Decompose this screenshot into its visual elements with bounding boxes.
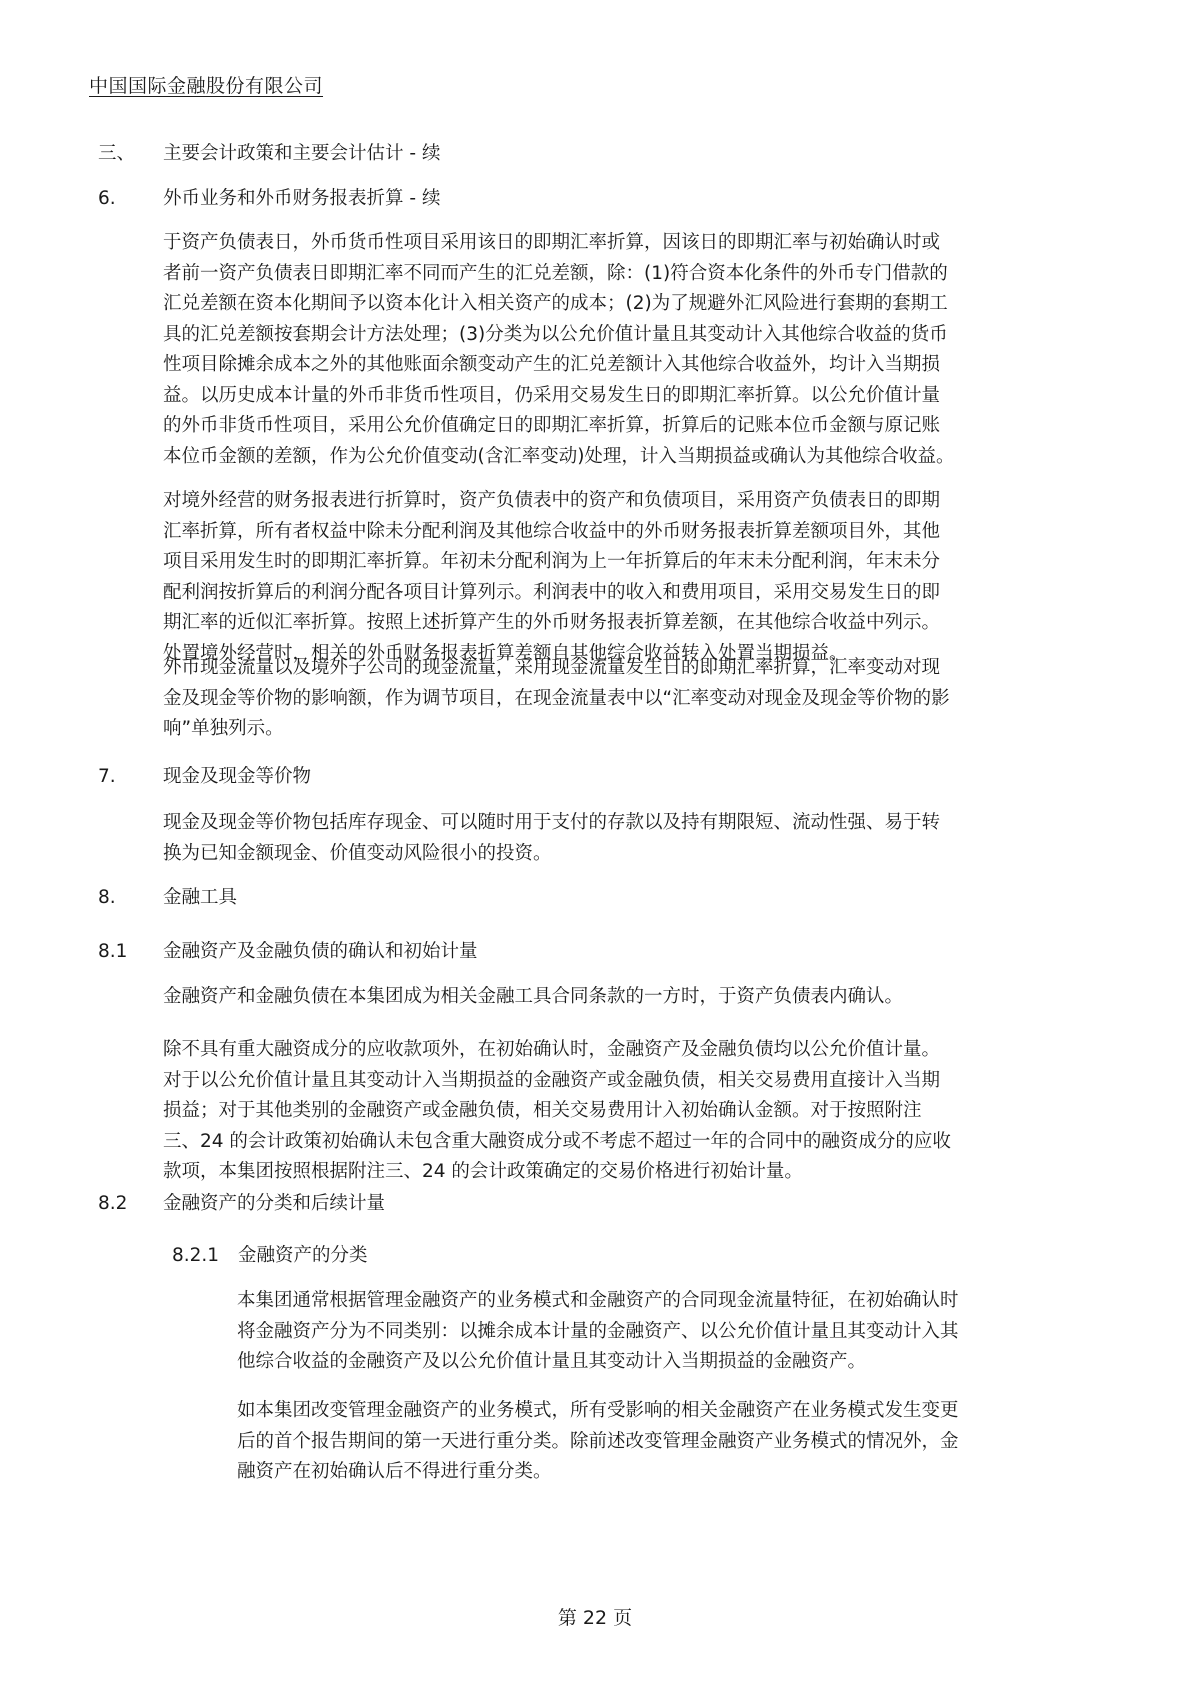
text-line: 汇率折算，所有者权益中除未分配利润及其他综合收益中的外币财务报表折算差额项目外，… xyxy=(163,517,940,548)
section-number: 8.2.1 xyxy=(172,1244,219,1268)
paragraph-classification: 本集团通常根据管理金融资产的业务模式和金融资产的合同现金流量特征，在初始确认时 … xyxy=(237,1286,959,1378)
text-line: 将金融资产分为不同类别：以摊余成本计量的金融资产、以公允价值计量且其变动计入其 xyxy=(237,1317,959,1348)
section-heading-3: 三、 主要会计政策和主要会计估计 - 续 xyxy=(0,142,1190,166)
paragraph-cash-equivalents: 现金及现金等价物包括库存现金、可以随时用于支付的存款以及持有期限短、流动性强、易… xyxy=(163,808,940,869)
paragraph-foreign-operations: 对境外经营的财务报表进行折算时，资产负债表中的资产和负债项目，采用资产负债表日的… xyxy=(163,486,940,669)
text-line: 性项目除摊余成本之外的其他账面余额变动产生的汇兑差额计入其他综合收益外，均计入当… xyxy=(163,350,954,381)
text-line: 本位币金额的差额，作为公允价值变动(含汇率变动)处理，计入当期损益或确认为其他综… xyxy=(163,442,954,473)
text-line: 项目采用发生时的即期汇率折算。年初未分配利润为上一年折算后的年末未分配利润，年末… xyxy=(163,547,940,578)
section-heading-8-1: 8.1 金融资产及金融负债的确认和初始计量 xyxy=(0,940,1190,964)
section-heading-6: 6. 外币业务和外币财务报表折算 - 续 xyxy=(0,187,1190,211)
text-line: 金及现金等价物的影响额，作为调节项目，在现金流量表中以“汇率变动对现金及现金等价… xyxy=(163,684,950,715)
section-number: 8. xyxy=(98,886,116,910)
text-line: 本集团通常根据管理金融资产的业务模式和金融资产的合同现金流量特征，在初始确认时 xyxy=(237,1286,959,1317)
section-title: 金融资产的分类 xyxy=(238,1244,368,1268)
company-name: 中国国际金融股份有限公司 xyxy=(89,74,323,98)
section-heading-7: 7. 现金及现金等价物 xyxy=(0,765,1190,789)
section-number: 7. xyxy=(98,765,116,789)
text-line: 换为已知金额现金、价值变动风险很小的投资。 xyxy=(163,839,940,870)
section-heading-8: 8. 金融工具 xyxy=(0,886,1190,910)
text-line: 如本集团改变管理金融资产的业务模式，所有受影响的相关金融资产在业务模式发生变更 xyxy=(237,1396,959,1427)
section-number: 8.2 xyxy=(98,1192,127,1216)
text-line: 除不具有重大融资成分的应收款项外，在初始确认时，金融资产及金融负债均以公允价值计… xyxy=(163,1035,951,1066)
text-line: 响”单独列示。 xyxy=(163,714,950,745)
text-line: 后的首个报告期间的第一天进行重分类。除前述改变管理金融资产业务模式的情况外，金 xyxy=(237,1427,959,1458)
text-line: 具的汇兑差额按套期会计方法处理；(3)分类为以公允价值计量且其变动计入其他综合收… xyxy=(163,320,954,351)
text-line: 于资产负债表日，外币货币性项目采用该日的即期汇率折算，因该日的即期汇率与初始确认… xyxy=(163,228,954,259)
section-heading-8-2-1: 8.2.1 金融资产的分类 xyxy=(0,1244,1190,1268)
text-line: 现金及现金等价物包括库存现金、可以随时用于支付的存款以及持有期限短、流动性强、易… xyxy=(163,808,940,839)
page-number: 第 22 页 xyxy=(0,1606,1190,1630)
text-line: 款项，本集团按照根据附注三、24 的会计政策确定的交易价格进行初始计量。 xyxy=(163,1157,951,1188)
text-line: 他综合收益的金融资产及以公允价值计量且其变动计入当期损益的金融资产。 xyxy=(237,1347,959,1378)
section-heading-8-2: 8.2 金融资产的分类和后续计量 xyxy=(0,1192,1190,1216)
text-line: 外币现金流量以及境外子公司的现金流量，采用现金流量发生日的即期汇率折算，汇率变动… xyxy=(163,653,950,684)
text-line: 配利润按折算后的利润分配各项目计算列示。利润表中的收入和费用项目，采用交易发生日… xyxy=(163,578,940,609)
section-title: 现金及现金等价物 xyxy=(163,765,311,789)
text-line: 益。以历史成本计量的外币非货币性项目，仍采用交易发生日的即期汇率折算。以公允价值… xyxy=(163,381,954,412)
section-number: 6. xyxy=(98,187,116,211)
paragraph-recognition: 金融资产和金融负债在本集团成为相关金融工具合同条款的一方时，于资产负债表内确认。 xyxy=(163,982,903,1013)
text-line: 期汇率的近似汇率折算。按照上述折算产生的外币财务报表折算差额，在其他综合收益中列… xyxy=(163,608,940,639)
section-title: 金融工具 xyxy=(163,886,237,910)
text-line: 金融资产和金融负债在本集团成为相关金融工具合同条款的一方时，于资产负债表内确认。 xyxy=(163,982,903,1013)
text-line: 三、24 的会计政策初始确认未包含重大融资成分或不考虑不超过一年的合同中的融资成… xyxy=(163,1127,951,1158)
text-line: 汇兑差额在资本化期间予以资本化计入相关资产的成本；(2)为了规避外汇风险进行套期… xyxy=(163,289,954,320)
paragraph-fx-monetary-items: 于资产负债表日，外币货币性项目采用该日的即期汇率折算，因该日的即期汇率与初始确认… xyxy=(163,228,954,472)
text-line: 损益；对于其他类别的金融资产或金融负债，相关交易费用计入初始确认金额。对于按照附… xyxy=(163,1096,951,1127)
text-line: 对于以公允价值计量且其变动计入当期损益的金融资产或金融负债，相关交易费用直接计入… xyxy=(163,1066,951,1097)
text-line: 融资产在初始确认后不得进行重分类。 xyxy=(237,1457,959,1488)
section-title: 外币业务和外币财务报表折算 - 续 xyxy=(163,187,440,211)
section-number: 三、 xyxy=(98,142,135,166)
section-number: 8.1 xyxy=(98,940,127,964)
section-title: 金融资产及金融负债的确认和初始计量 xyxy=(163,940,478,964)
text-line: 对境外经营的财务报表进行折算时，资产负债表中的资产和负债项目，采用资产负债表日的… xyxy=(163,486,940,517)
paragraph-cash-flows: 外币现金流量以及境外子公司的现金流量，采用现金流量发生日的即期汇率折算，汇率变动… xyxy=(163,653,950,745)
text-line: 的外币非货币性项目，采用公允价值确定日的即期汇率折算，折算后的记账本位币金额与原… xyxy=(163,411,954,442)
section-title: 金融资产的分类和后续计量 xyxy=(163,1192,385,1216)
section-title: 主要会计政策和主要会计估计 - 续 xyxy=(163,142,440,166)
paragraph-reclassification: 如本集团改变管理金融资产的业务模式，所有受影响的相关金融资产在业务模式发生变更 … xyxy=(237,1396,959,1488)
text-line: 者前一资产负债表日即期汇率不同而产生的汇兑差额，除：(1)符合资本化条件的外币专… xyxy=(163,259,954,290)
paragraph-initial-measurement: 除不具有重大融资成分的应收款项外，在初始确认时，金融资产及金融负债均以公允价值计… xyxy=(163,1035,951,1188)
